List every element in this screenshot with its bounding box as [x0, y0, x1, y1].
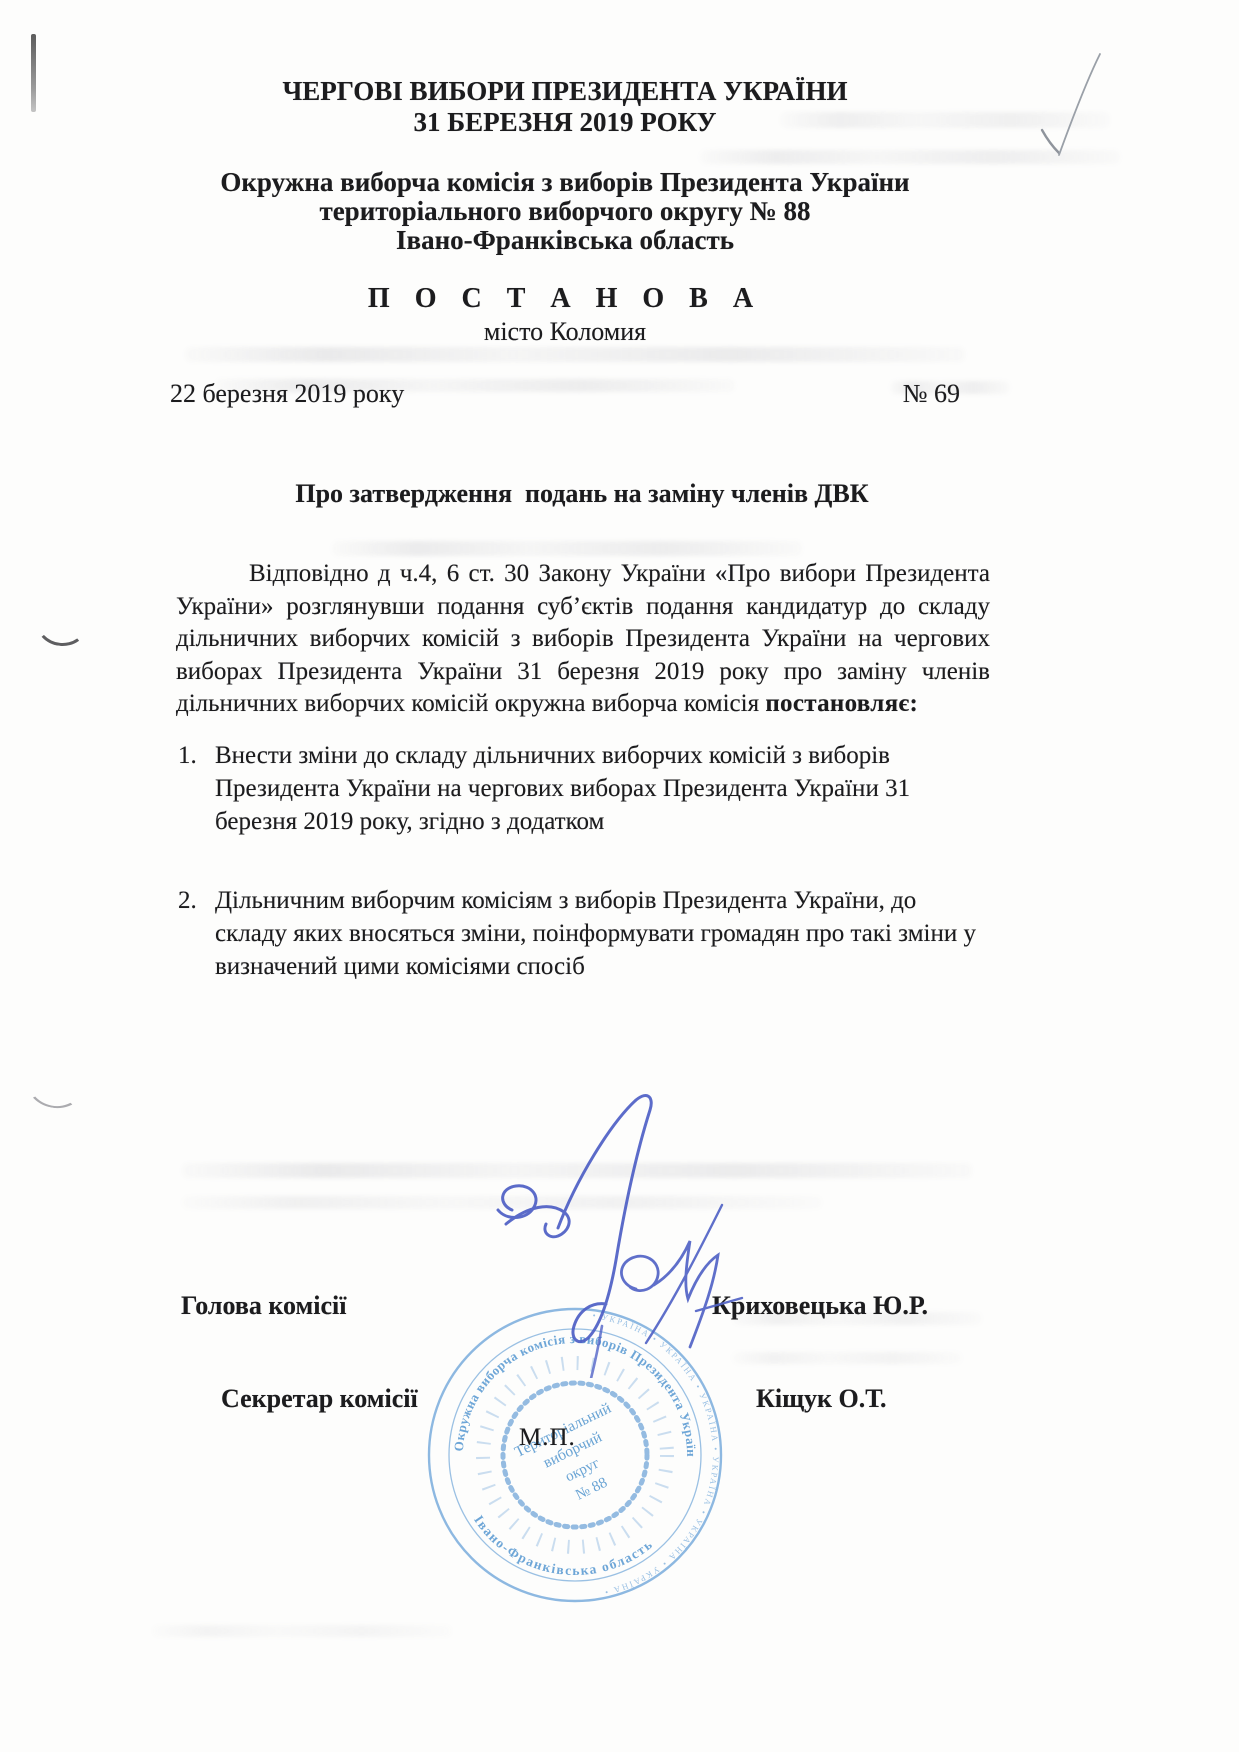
scanned-document-page: ЧЕРГОВІ ВИБОРИ ПРЕЗИДЕНТА УКРАЇНИ 31 БЕР… — [0, 0, 1239, 1752]
document-date: 22 березня 2019 року — [170, 379, 404, 409]
item-number: 2. — [178, 884, 197, 917]
item-text: Внести зміни до складу дільничних виборч… — [215, 742, 910, 835]
document-header: ЧЕРГОВІ ВИБОРИ ПРЕЗИДЕНТА УКРАЇНИ 31 БЕР… — [170, 76, 960, 138]
commission-line-2: територіального виборчого округу № 88 — [170, 197, 960, 226]
bleed-through-streak — [332, 541, 802, 556]
document-type-heading: П О С Т А Н О В А — [170, 283, 960, 315]
commission-line-3: Івано-Франківська область — [170, 226, 960, 255]
header-line-1: ЧЕРГОВІ ВИБОРИ ПРЕЗИДЕНТА УКРАЇНИ — [170, 76, 960, 107]
pen-arc-mark — [22, 1051, 90, 1113]
secretary-signature-ink — [598, 1193, 768, 1363]
scan-edge-line-artifact — [31, 34, 36, 112]
commission-header: Окружна виборча комісія з виборів Презид… — [170, 168, 960, 255]
resolution-item-1: 1. Внести зміни до складу дільничних виб… — [178, 739, 980, 838]
document-title: Про затвердження подань на заміну членів… — [176, 479, 988, 509]
stamp-ring-bottom-text: Івано-Франківська область — [471, 1513, 656, 1578]
main-paragraph: Відповідно д ч.4, 6 ст. 30 Закону Україн… — [176, 558, 990, 721]
stamp-center-text: Територіальний виборчий округ № 88 — [512, 1400, 642, 1520]
meta-row: 22 березня 2019 року № 69 — [170, 379, 960, 413]
item-text: Дільничним виборчим комісіям з виборів П… — [215, 887, 976, 980]
item-number: 1. — [178, 739, 197, 772]
pen-checkmark — [1028, 48, 1114, 166]
bleed-through-streak — [185, 347, 965, 362]
document-city: місто Коломия — [170, 317, 960, 347]
commission-line-1: Окружна виборча комісія з виборів Презид… — [170, 168, 960, 197]
signature-role-chairman: Голова комісії — [181, 1291, 346, 1321]
seal-place-mark: М.П. — [519, 1424, 576, 1452]
main-paragraph-resolution-word: постановляє: — [765, 690, 918, 717]
signature-role-secretary: Секретар комісії — [221, 1384, 418, 1414]
signature-name-secretary: Кіщук О.Т. — [756, 1384, 886, 1414]
bleed-through-streak — [152, 1625, 452, 1637]
pen-arc-mark — [34, 597, 91, 648]
resolution-item-2: 2. Дільничним виборчим комісіям з виборі… — [178, 884, 980, 983]
document-number: № 69 — [903, 379, 960, 409]
header-line-2: 31 БЕРЕЗНЯ 2019 РОКУ — [170, 107, 960, 138]
